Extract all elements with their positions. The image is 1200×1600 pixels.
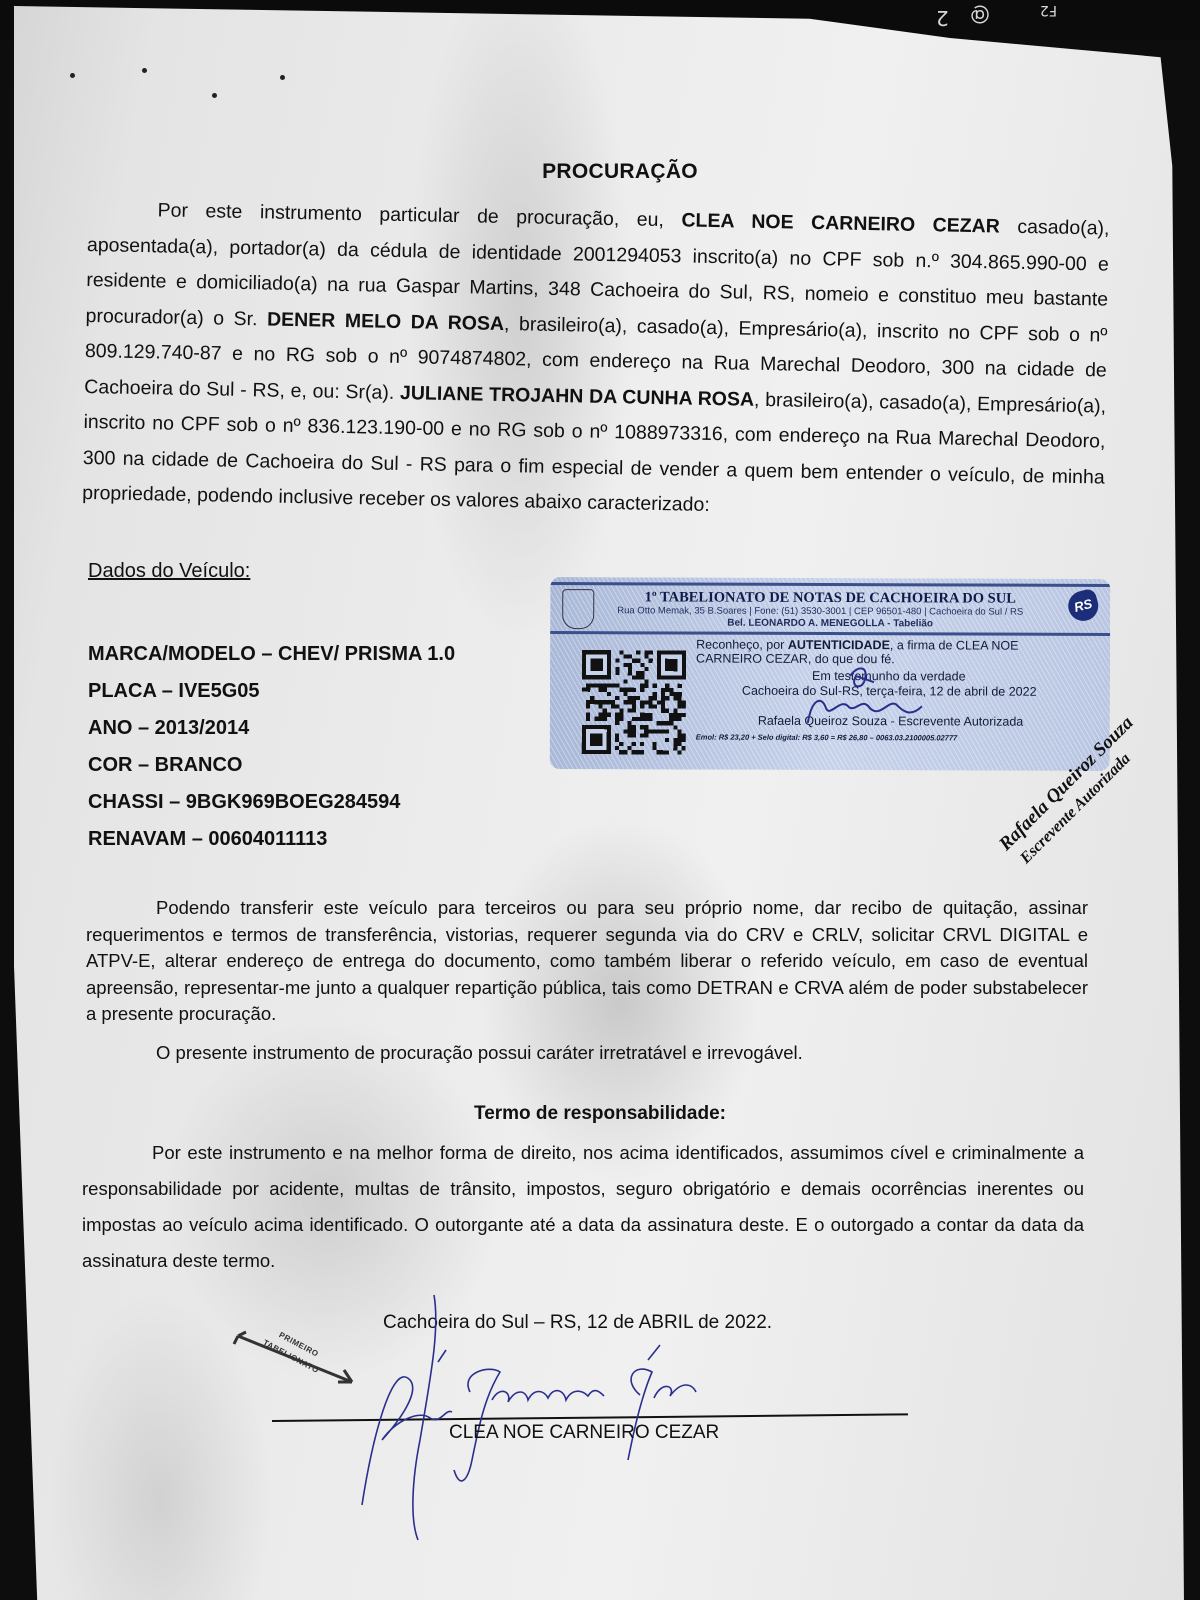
vehicle-plate: PLACA – IVE5G05 <box>88 673 455 710</box>
signature-line <box>272 1413 908 1422</box>
notary-arrow-stamp: PRIMEIRO TABELIONATO <box>232 1330 362 1390</box>
responsibility-paragraph: Por este instrumento e na melhor forma d… <box>82 1135 1084 1279</box>
document-title: PROCURAÇÃO <box>0 160 1200 184</box>
seal-border <box>550 582 1110 587</box>
qr-code <box>582 649 686 755</box>
vehicle-details-list: MARCA/MODELO – CHEV/ PRISMA 1.0 PLACA – … <box>88 636 455 858</box>
vehicle-year: ANO – 2013/2014 <box>88 710 455 747</box>
grant-paragraph: Por este instrumento particular de procu… <box>82 192 1110 531</box>
responsibility-term-title: Termo de responsabilidade: <box>0 1103 1200 1125</box>
recognition-text: Reconheço, por AUTENTICIDADE, a firma de… <box>696 638 1084 667</box>
seal-border <box>550 631 1110 636</box>
powers-paragraph: Podendo transferir este veículo para ter… <box>86 895 1088 1028</box>
vehicle-section-heading: Dados do Veículo: <box>88 560 250 583</box>
clerk-stamp-name: Rafaela Queiroz Souza <box>995 712 1138 855</box>
attorney-name: DENER MELO DA ROSA <box>267 308 504 335</box>
notary-address: Rua Otto Memak, 35 B.Soares | Fone: (51)… <box>550 605 1090 618</box>
testimony-text: Em testemunho da verdade <box>812 669 966 684</box>
vehicle-renavam: RENAVAM – 00604011113 <box>88 821 455 858</box>
vehicle-color: COR – BRANCO <box>88 747 455 784</box>
place-and-date: Cachoeira do Sul – RS, 12 de ABRIL de 20… <box>383 1312 772 1334</box>
notary-name: Bel. LEONARDO A. MENEGOLLA - Tabelião <box>550 617 1110 630</box>
fees-line: Emol: R$ 23,20 + Selo digital: R$ 3,60 =… <box>696 733 957 743</box>
clerk-stamp: Rafaela Queiroz Souza Escrevente Autoriz… <box>975 690 1175 850</box>
power-of-attorney-document: PROCURAÇÃO Por este instrumento particul… <box>0 0 1200 1600</box>
attorney-name: JULIANE TROJAHN DA CUNHA ROSA <box>400 382 754 411</box>
vehicle-chassis: CHASSI – 9BGK969BOEG284594 <box>88 784 455 821</box>
irrevocable-clause: O presente instrumento de procuração pos… <box>156 1035 803 1071</box>
grantor-name: CLEA NOE CARNEIRO CEZAR <box>681 209 1000 237</box>
signer-name: CLEA NOE CARNEIRO CEZAR <box>449 1422 719 1444</box>
vehicle-model: MARCA/MODELO – CHEV/ PRISMA 1.0 <box>88 636 455 673</box>
